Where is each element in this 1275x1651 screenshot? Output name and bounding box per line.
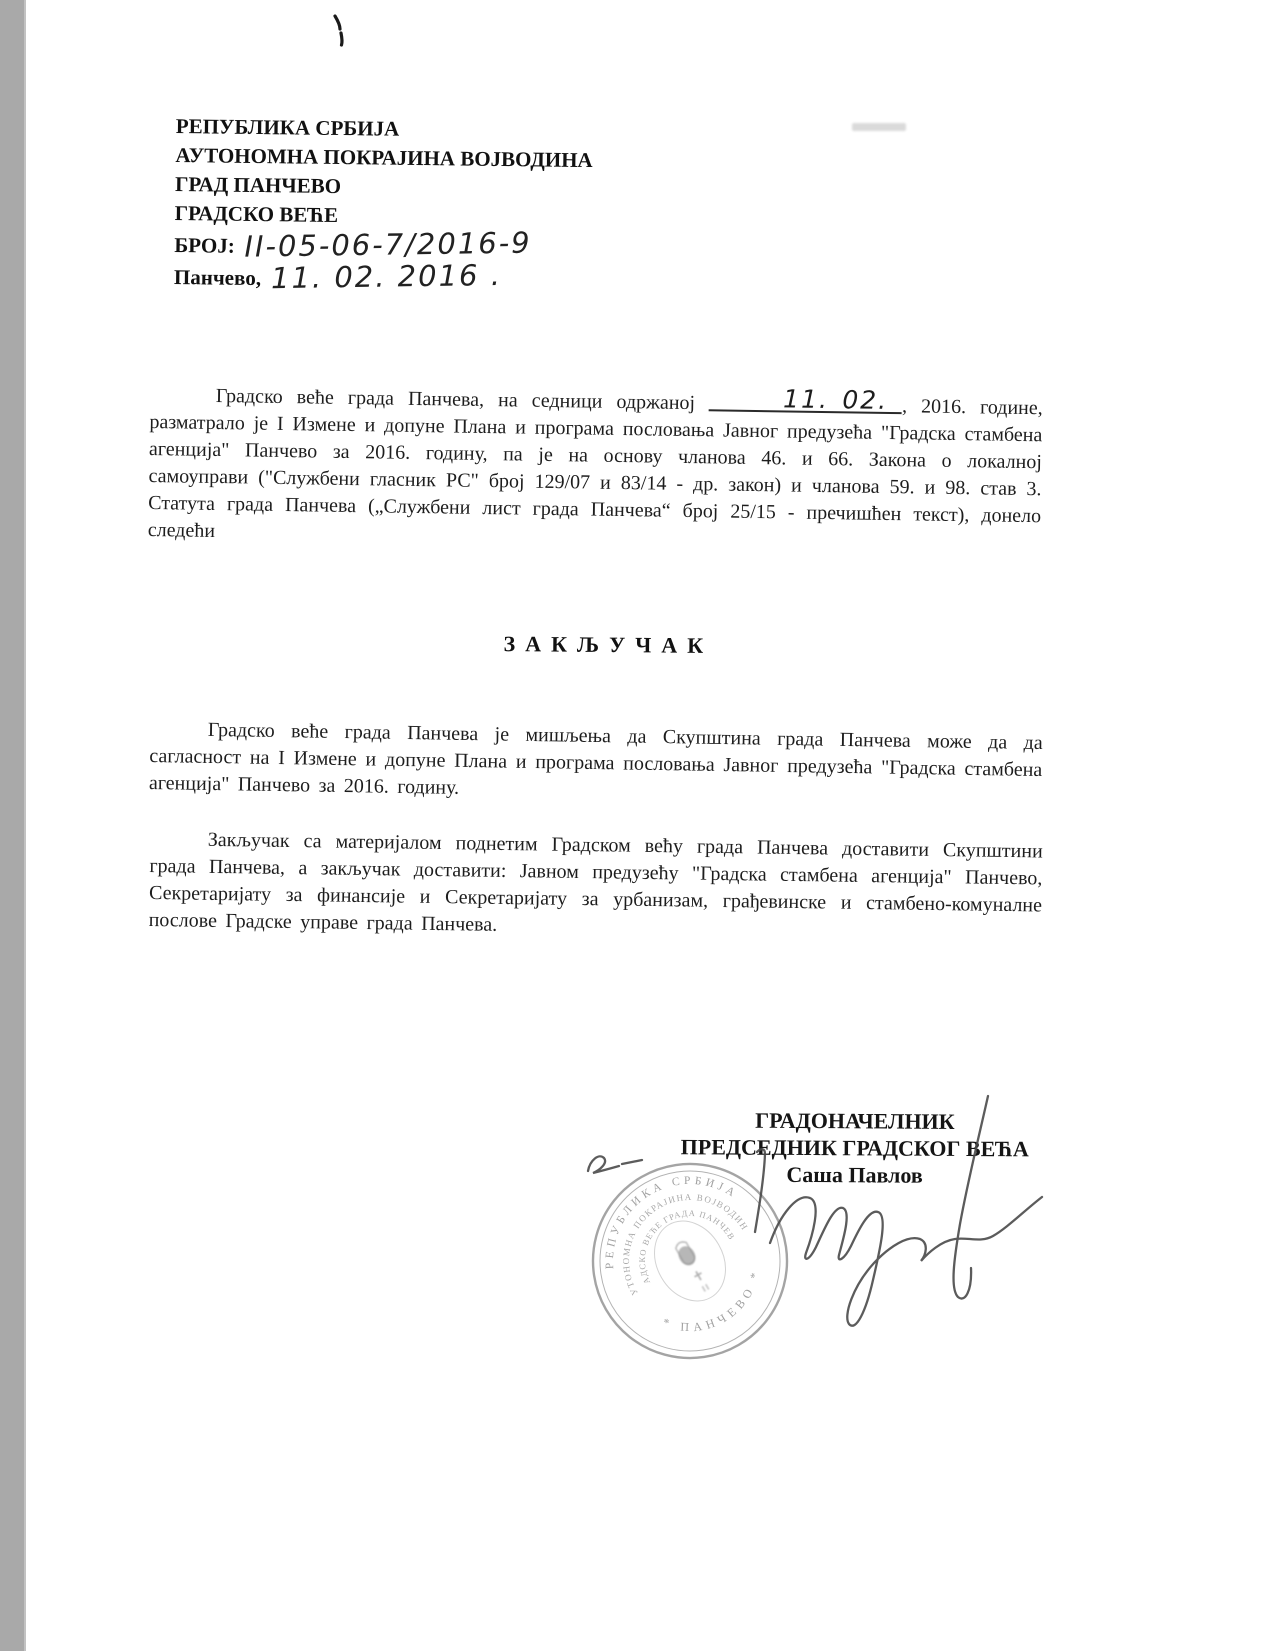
stamp-text-bottom: * ПАНЧЕВО * [656, 1261, 777, 1353]
opinion-paragraph: Градско веће града Панчева је мишљења да… [149, 716, 1043, 811]
delivery-paragraph: Закључак са материјалом поднетим Градско… [148, 826, 1042, 946]
place-label: Панчево, [174, 263, 261, 293]
doc-number-label: БРОЈ: [174, 231, 235, 261]
scanner-edge-strip [0, 0, 26, 1651]
ink-marks-top [335, 16, 342, 45]
mayor-title: ГРАДОНАЧЕЛНИК [640, 1106, 1070, 1136]
signature-main-stroke [770, 1197, 1042, 1326]
intro-text-before-date: Градско веће града Панчева, на седници о… [216, 385, 696, 414]
council-president-title: ПРЕДСЕДНИК ГРАДСКОГ ВЕЋА [640, 1133, 1070, 1163]
place-date-row: Панчево, 11. 02. 2016 . [174, 260, 592, 297]
session-date-handwritten: 11. 02. [709, 388, 902, 414]
signer-name: Саша Павлов [640, 1160, 1070, 1190]
stamp-center-ring [640, 1208, 739, 1314]
intro-paragraph: Градско веће града Панчева, на седници о… [148, 382, 1043, 557]
stamp-text-inner: ГРАДСКО ВЕЋЕ ГРАДА ПАНЧЕВА [618, 1189, 738, 1290]
scan-smudge [852, 123, 906, 131]
scanned-document-page: РЕПУБЛИКА СРБИЈА АУТОНОМНА ПОКРАЈИНА ВОЈ… [0, 0, 1275, 1651]
doc-number-handwritten: II-05-06-7/2016-9 [245, 229, 533, 262]
intro-text-after-date: , 2016. године, разматрало је I Измене и… [148, 395, 1043, 542]
stamp-coat-of-arms [673, 1239, 714, 1295]
header-date-handwritten: 11. 02. 2016 . [271, 261, 502, 293]
signature-flourish-mark [588, 1156, 642, 1173]
letterhead: РЕПУБЛИКА СРБИЈА АУТОНОМНА ПОКРАЈИНА ВОЈ… [174, 112, 593, 297]
signature-block: ГРАДОНАЧЕЛНИК ПРЕДСЕДНИК ГРАДСКОГ ВЕЋА С… [640, 1106, 1070, 1190]
conclusion-title: ЗАКЉУЧАК [150, 628, 1043, 662]
